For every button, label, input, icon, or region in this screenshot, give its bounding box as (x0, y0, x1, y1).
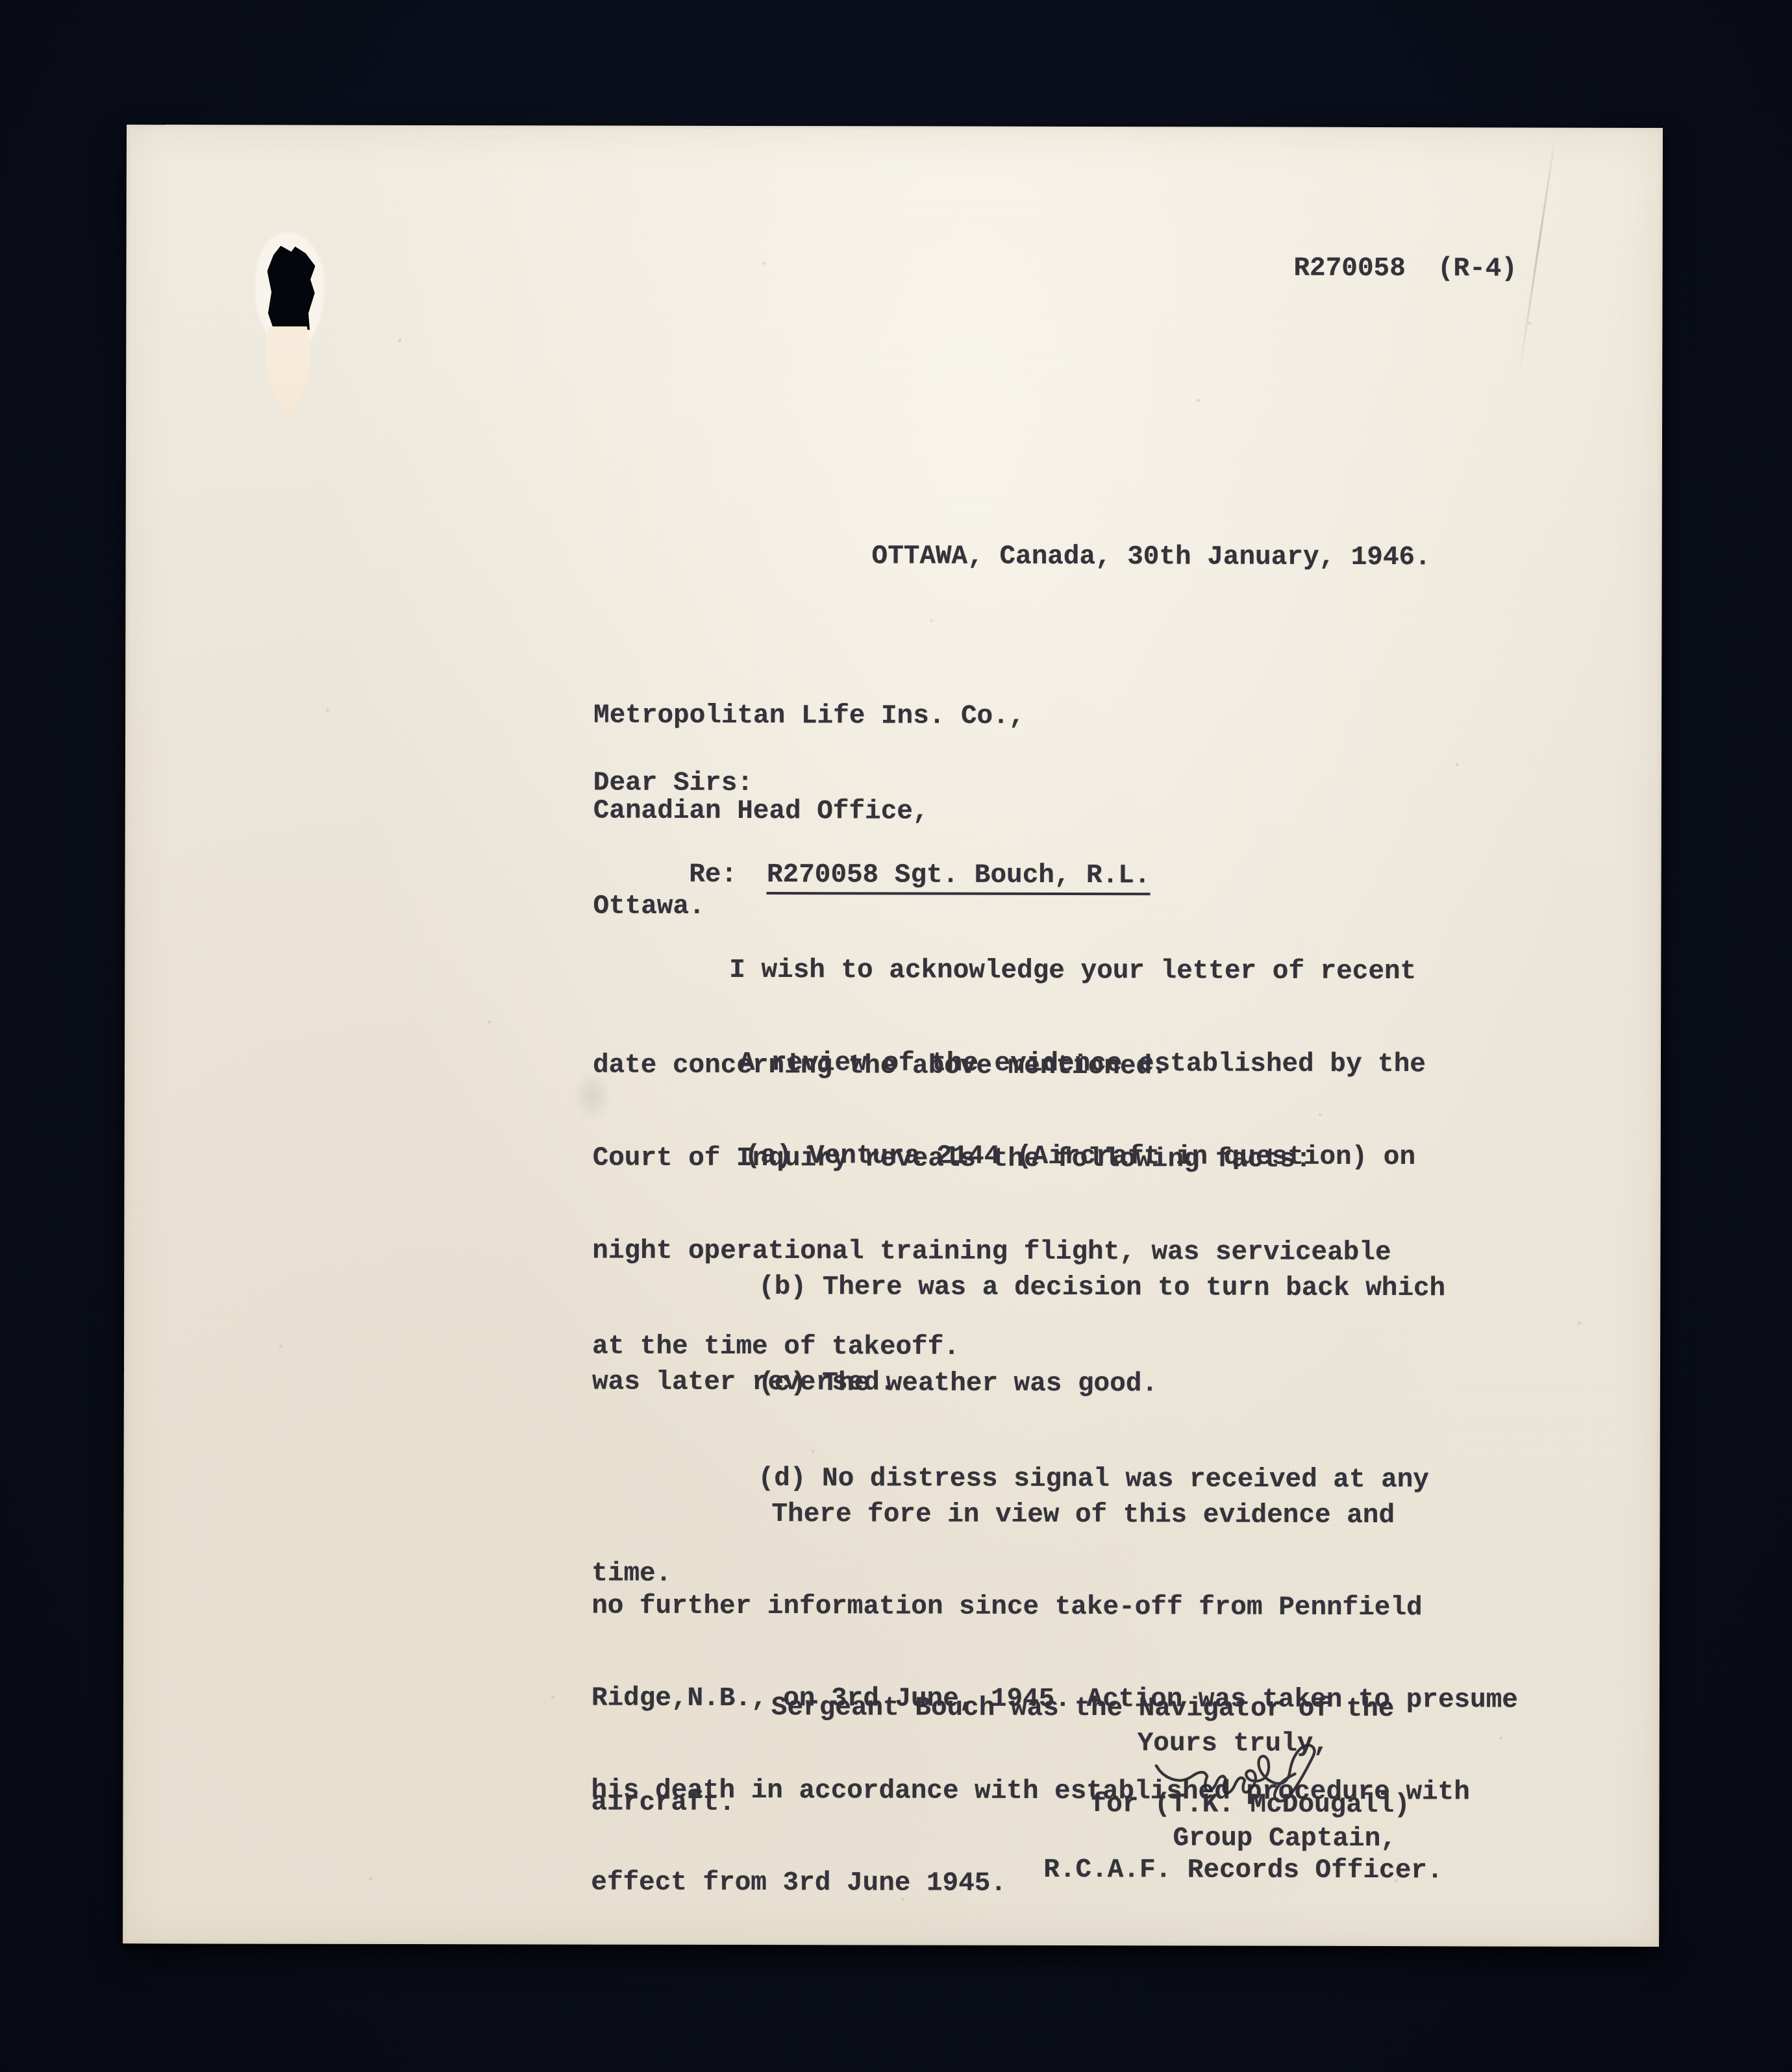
signer-title: R.C.A.F. Records Officer. (1043, 1855, 1443, 1886)
paper-specks (127, 125, 129, 127)
body-line: Sergeant Bouch was the Navigator of the (591, 1690, 1395, 1728)
body-line: (c) The weather was good. (592, 1366, 1429, 1403)
paper-crease (1518, 131, 1557, 375)
recipient-line: Metropolitan Life Ins. Co., (593, 698, 1025, 735)
scan-background: R270058 (R-4) OTTAWA, Canada, 30th Janua… (0, 0, 1792, 2072)
signer-rank: Group Captain, (1173, 1823, 1397, 1854)
salutation: Dear Sirs: (593, 769, 753, 799)
body-line: There fore in view of this evidence and (591, 1498, 1518, 1533)
subject-label: Re: (689, 860, 737, 890)
tear-peel (265, 326, 310, 418)
body-line: A review of the evidence established by … (593, 1046, 1426, 1083)
signed-for: for (T.K. McDougall) (1091, 1790, 1410, 1820)
dateline: OTTAWA, Canada, 30th January, 1946. (872, 541, 1431, 573)
body-line: (b) There was a decision to turn back wh… (592, 1270, 1445, 1307)
file-reference: R270058 (R-4) (1293, 254, 1517, 284)
body-line: no further information since take-off fr… (591, 1590, 1518, 1625)
body-line: I wish to acknowledge your letter of rec… (593, 953, 1416, 991)
punch-hole (267, 245, 315, 330)
subject-text: R270058 Sgt. Bouch, R.L. (767, 860, 1151, 895)
letter-page: R270058 (R-4) OTTAWA, Canada, 30th Janua… (123, 125, 1663, 1947)
recipient-line: Canadian Head Office, (593, 794, 1025, 830)
body-line: (a) Ventura 2144 (Aircraft in question) … (593, 1139, 1415, 1176)
